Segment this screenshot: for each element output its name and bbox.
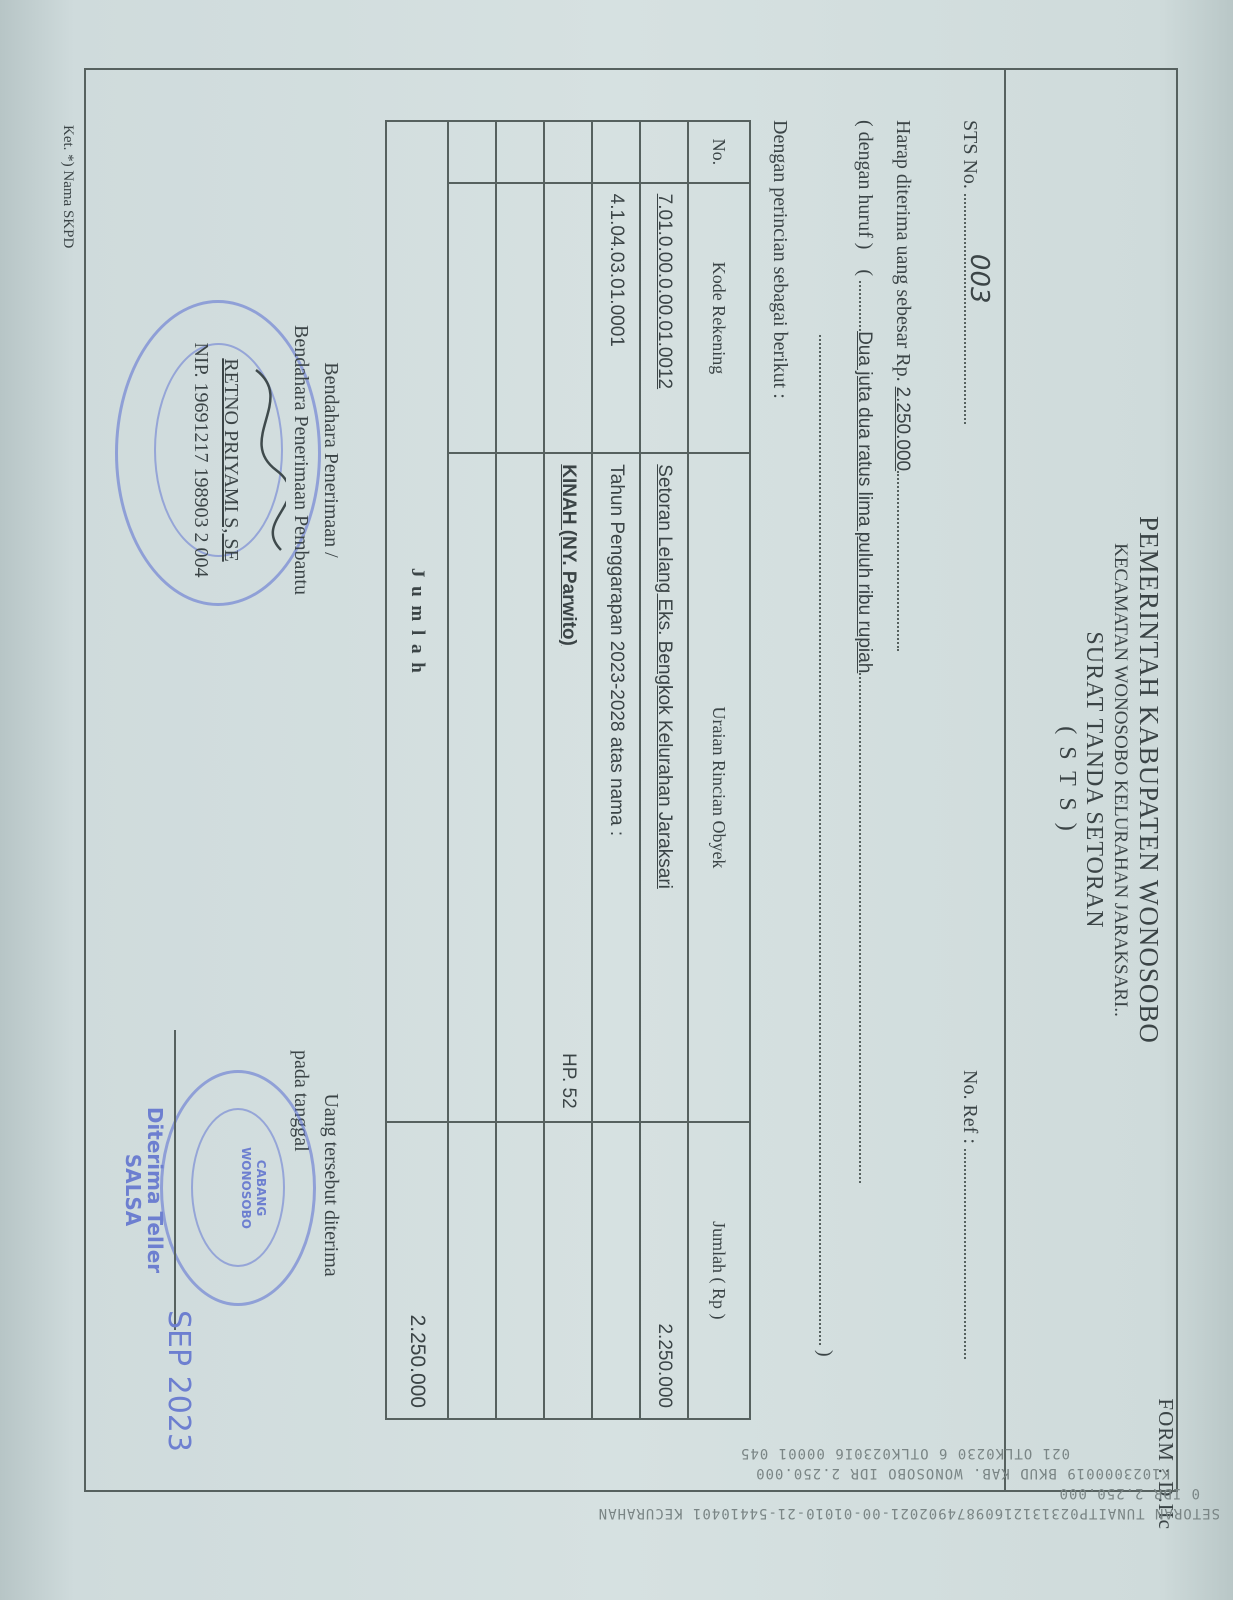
amount-words-value: Dua juta dua ratus lima puluh ribu rupia…	[854, 331, 875, 673]
receipt-line-3: 0 IDR 2.250.000	[700, 1485, 1200, 1501]
amount-value: 2.250.000	[892, 387, 913, 472]
teller-stamp: Diterima Teller SALSA	[122, 1080, 166, 1300]
amount-row: Harap diterima uang sebesar Rp. 2.250.00…	[891, 120, 914, 651]
received-label-1: Uang tersebut diterima	[316, 1020, 346, 1350]
form-header: PEMERINTAH KABUPATEN WONOSOBO KECAMATAN …	[1053, 70, 1164, 1490]
government-title: PEMERINTAH KABUPATEN WONOSOBO	[1133, 70, 1164, 1490]
cell-kode: 4.1.04.03.01.0001	[592, 183, 640, 454]
teller-name: SALSA	[122, 1080, 144, 1300]
amount-words-close: )	[814, 1350, 836, 1357]
district-title: KECAMATAN WONOSOBO KELURAHAN JARAKSARI..	[1109, 70, 1131, 1490]
table-total-row: J u m l a h 2.250.000	[386, 121, 448, 1419]
handwritten-signature-icon	[246, 360, 286, 560]
form-frame: PEMERINTAH KABUPATEN WONOSOBO KECAMATAN …	[84, 68, 1178, 1492]
sts-form-page: FORM : D.IIc PEMERINTAH KABUPATEN WONOSO…	[30, 20, 1200, 1560]
table-header-row: No. Kode Rekening Uraian Rincian Obyek J…	[688, 121, 750, 1419]
document-abbrev: ( S T S )	[1053, 70, 1080, 1490]
total-label: J u m l a h	[386, 121, 448, 1122]
table-row: KINAH (NY. Parwito) HP. 52	[544, 121, 592, 1419]
table-row: 4.1.04.03.01.0001 Tahun Penggarapan 2023…	[592, 121, 640, 1419]
ref-number-label: No. Ref :	[959, 1070, 981, 1144]
col-header-jumlah: Jumlah ( Rp )	[688, 1122, 750, 1419]
cell-no	[496, 121, 544, 183]
table-row	[496, 121, 544, 1419]
cell-jumlah	[496, 1122, 544, 1419]
details-intro: Dengan perincian sebagai berikut :	[768, 120, 791, 399]
table-row: 7.01.0.00.0.00.01.0012 Setoran Lelang Ek…	[640, 121, 688, 1419]
header-divider	[1004, 70, 1006, 1490]
details-table: No. Kode Rekening Uraian Rincian Obyek J…	[385, 120, 751, 1420]
amount-words-dots-b	[859, 673, 861, 1183]
amount-words-label: ( dengan huruf )	[854, 120, 876, 249]
col-header-kode: Kode Rekening	[688, 183, 750, 454]
total-value: 2.250.000	[386, 1122, 448, 1419]
sts-number-value: 003	[964, 254, 994, 304]
receipt-print-area-3: 0 IDR 2.250.000	[700, 1485, 1200, 1501]
amount-words-row2: )	[813, 335, 836, 1357]
receipt-line-1: 021 OTLK0230 6 OTLK0230I6 00001 045	[70, 1445, 1070, 1461]
cell-no	[544, 121, 592, 183]
cell-kode	[448, 183, 496, 454]
date-stamp: SEP 2023	[161, 1310, 196, 1452]
cell-no	[448, 121, 496, 183]
cell-kode: 7.01.0.00.0.00.01.0012	[640, 183, 688, 454]
document-title: SURAT TANDA SETORAN	[1080, 70, 1107, 1490]
cell-kode	[544, 183, 592, 454]
receipt-line-2: K1023000019 BKUD KAB. WONOSOBO IDR 2.250…	[70, 1465, 1170, 1481]
receipt-print-area-2: K1023000019 BKUD KAB. WONOSOBO IDR 2.250…	[70, 1465, 1170, 1481]
cell-no	[592, 121, 640, 183]
receipt-print-area-4: SETORAN TUNAITP02313121609874902021-00-0…	[70, 1505, 1220, 1521]
cell-jumlah	[592, 1122, 640, 1419]
amount-words-row: ( dengan huruf ) ( Dua juta dua ratus li…	[853, 120, 876, 1183]
stamp-city: WONOSOBO	[238, 1073, 253, 1303]
cell-uraian: Tahun Penggarapan 2023-2028 atas nama :	[592, 453, 640, 1121]
payer-name: KINAH (NY. Parwito)	[558, 464, 579, 646]
amount-words-open: (	[854, 269, 876, 276]
amount-words-dots-c	[819, 335, 821, 1345]
sts-number-label: STS No.	[959, 120, 981, 189]
cell-jumlah	[544, 1122, 592, 1419]
signature-space	[246, 250, 286, 670]
treasurer-title-2: Bendahara Penerimaan Pembantu	[286, 250, 316, 670]
cell-kode	[496, 183, 544, 454]
receipt-print-area: 021 OTLK0230 6 OTLK0230I6 00001 045	[70, 1445, 1070, 1461]
cell-jumlah: 2.250.000	[640, 1122, 688, 1419]
cell-no	[640, 121, 688, 183]
stamp-branch: CABANG	[253, 1073, 268, 1303]
cell-uraian: KINAH (NY. Parwito) HP. 52	[544, 453, 592, 1121]
teller-label: Diterima Teller	[144, 1080, 166, 1300]
table-row	[448, 121, 496, 1419]
ref-number-field	[964, 1149, 966, 1359]
ref-number-row: No. Ref :	[958, 1070, 981, 1359]
sts-number-field: 003	[964, 194, 966, 424]
treasurer-signature-block: Bendahara Penerimaan / Bendahara Penerim…	[186, 250, 346, 670]
sts-number-row: STS No. 003	[958, 120, 981, 424]
treasurer-title-1: Bendahara Penerimaan /	[316, 250, 346, 670]
col-header-uraian: Uraian Rincian Obyek	[688, 453, 750, 1121]
cell-uraian	[448, 453, 496, 1121]
receipt-line-4: SETORAN TUNAITP02313121609874902021-00-0…	[70, 1505, 1220, 1521]
amount-dots	[897, 471, 899, 651]
plot-number: HP. 52	[557, 1053, 579, 1109]
amount-label: Harap diterima uang sebesar Rp.	[892, 120, 914, 382]
bank-stamp: CABANG WONOSOBO	[160, 1070, 316, 1306]
photographed-paper: FORM : D.IIc PEMERINTAH KABUPATEN WONOSO…	[0, 0, 1233, 1600]
cell-jumlah	[448, 1122, 496, 1419]
cell-uraian: Setoran Lelang Eks. Bengkok Kelurahan Ja…	[640, 453, 688, 1121]
teller-signature-line	[174, 1030, 176, 1330]
col-header-no: No.	[688, 121, 750, 183]
bank-stamp-text: CABANG WONOSOBO	[238, 1073, 268, 1303]
cell-uraian	[496, 453, 544, 1121]
treasurer-name: RETNO PRIYAMI S, SE	[216, 250, 246, 670]
treasurer-nip: NIP. 19691217 198903 2 004	[186, 250, 216, 670]
amount-words-dots-a	[859, 281, 861, 331]
